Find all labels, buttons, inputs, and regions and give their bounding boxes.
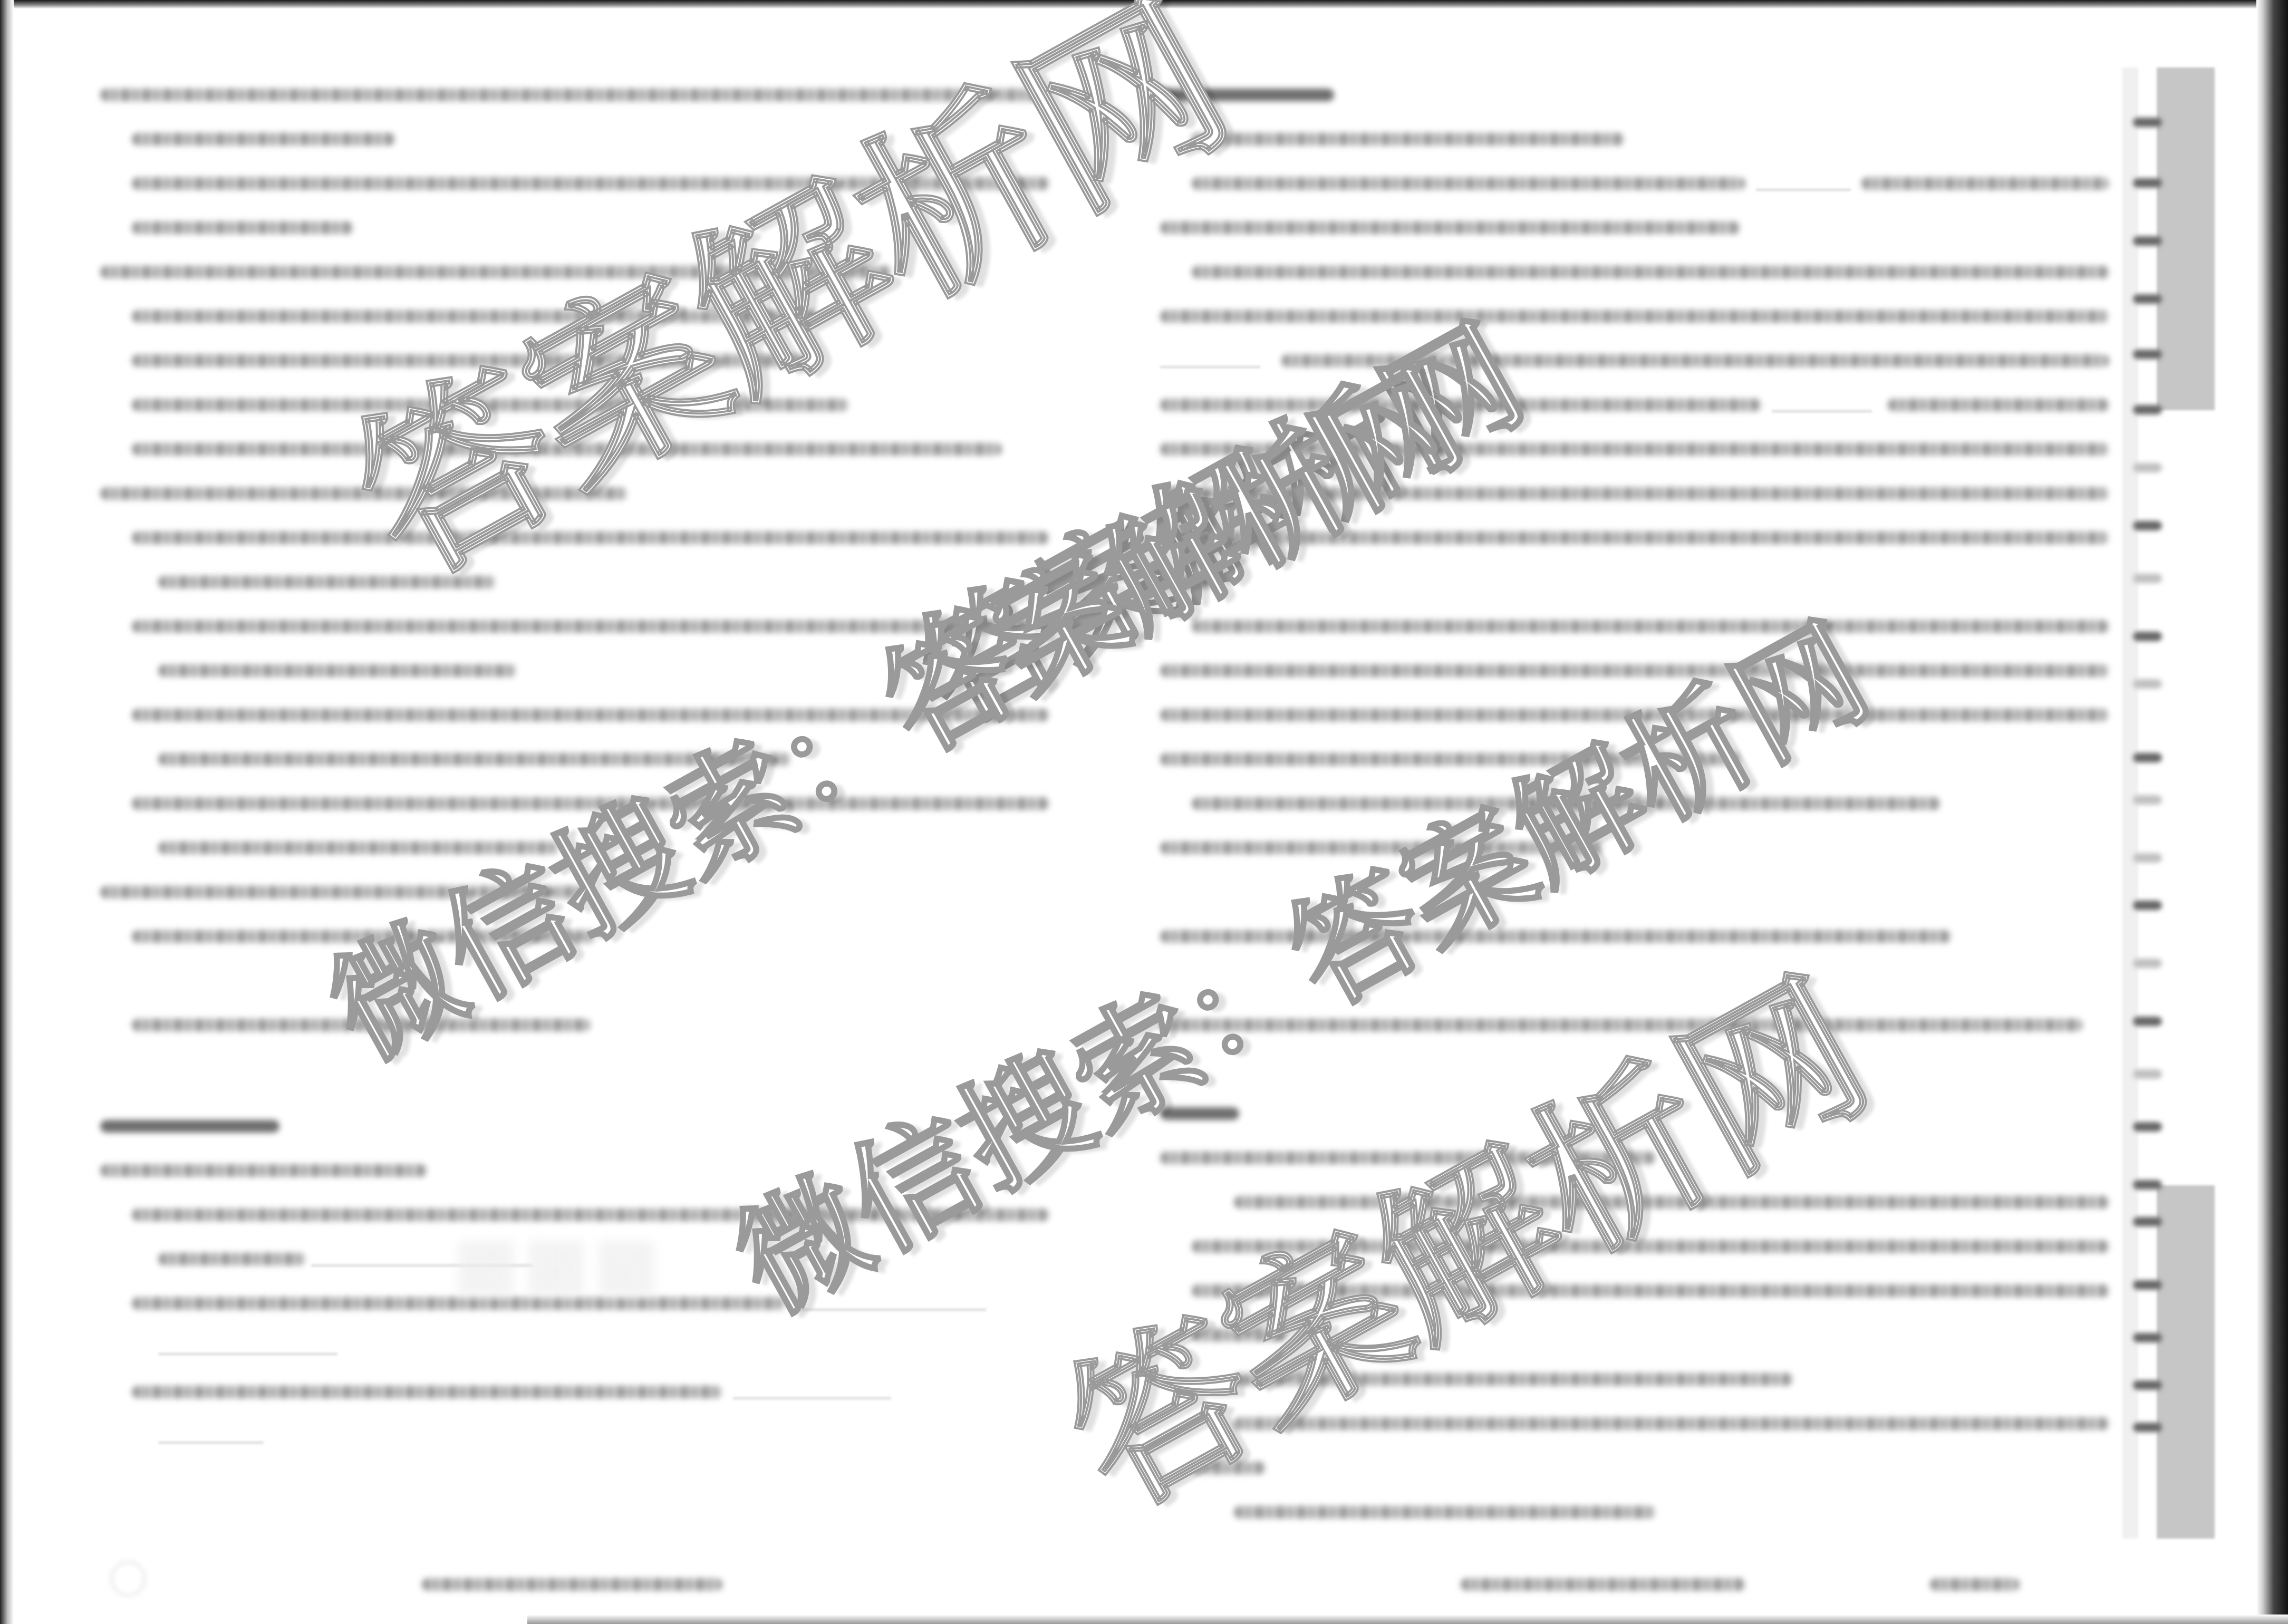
text-line bbox=[1160, 797, 2109, 810]
text-line bbox=[100, 797, 1065, 810]
text-line bbox=[1160, 842, 2109, 854]
text-line bbox=[1160, 221, 2109, 234]
text-line bbox=[100, 1019, 1065, 1031]
text-line bbox=[100, 221, 1065, 234]
fill-in-line bbox=[100, 1341, 1065, 1354]
text-line bbox=[100, 443, 1065, 456]
text-line bbox=[100, 487, 1065, 500]
spacer bbox=[1160, 974, 2109, 987]
scan-left-edge bbox=[0, 0, 14, 1624]
text-line bbox=[1160, 1417, 2109, 1430]
text-line bbox=[1160, 1329, 2109, 1341]
fill-in-line bbox=[1160, 354, 2109, 367]
binding-band-bottom bbox=[2157, 1185, 2215, 1539]
scan-top-edge bbox=[0, 0, 2288, 8]
right-column bbox=[1160, 89, 2109, 1550]
spacer bbox=[1160, 1063, 2109, 1076]
text-line bbox=[1160, 664, 2109, 677]
text-line bbox=[1160, 1019, 2109, 1031]
text-line bbox=[1160, 487, 2109, 500]
text-line bbox=[100, 133, 1065, 146]
footer-left-caption bbox=[422, 1578, 738, 1594]
text-line bbox=[100, 886, 1065, 898]
text-line bbox=[100, 709, 1065, 721]
text-line bbox=[1160, 1506, 2109, 1519]
text-line bbox=[1160, 1152, 2109, 1164]
text-line bbox=[1160, 1240, 2109, 1253]
spacer bbox=[100, 974, 1065, 987]
footer-right-caption bbox=[1461, 1578, 1777, 1594]
ghost-logo: ▦▦▦ bbox=[453, 1222, 663, 1302]
text-line bbox=[1160, 753, 2109, 766]
spacer bbox=[1160, 886, 2109, 898]
text-line bbox=[1160, 266, 2109, 278]
text-line bbox=[1160, 1196, 2109, 1209]
text-line bbox=[1160, 930, 2109, 943]
fill-in-line bbox=[1160, 399, 2109, 411]
scan-right-edge bbox=[2256, 0, 2288, 1624]
text-line bbox=[100, 842, 1065, 854]
text-line bbox=[1160, 620, 2109, 633]
binding-band-top bbox=[2157, 67, 2215, 410]
text-line bbox=[1160, 443, 2109, 456]
section-heading bbox=[1160, 1107, 2109, 1120]
footer-right-code bbox=[1930, 1578, 2035, 1594]
text-line bbox=[100, 177, 1065, 190]
text-line bbox=[1160, 531, 2109, 544]
text-line bbox=[100, 753, 1065, 766]
section-heading bbox=[1160, 89, 2109, 101]
text-line bbox=[100, 399, 1065, 411]
text-line bbox=[100, 266, 1065, 278]
page-number-badge bbox=[111, 1561, 146, 1596]
text-line bbox=[1160, 1284, 2109, 1297]
text-line bbox=[1160, 133, 2109, 146]
fill-in-line bbox=[100, 1430, 1065, 1443]
text-line bbox=[100, 664, 1065, 677]
scan-bottom-edge bbox=[527, 1615, 2288, 1624]
text-line bbox=[1160, 1462, 2109, 1474]
text-line bbox=[100, 620, 1065, 633]
spacer bbox=[100, 1063, 1065, 1076]
section-heading bbox=[100, 1120, 1065, 1133]
text-line bbox=[1160, 310, 2109, 323]
text-line bbox=[100, 1209, 1065, 1221]
binding-margin bbox=[2122, 67, 2180, 1539]
text-line bbox=[100, 1164, 1065, 1177]
fill-in-line bbox=[100, 1386, 1065, 1398]
text-line bbox=[1160, 576, 2109, 588]
text-line bbox=[1160, 1373, 2109, 1386]
text-line bbox=[100, 930, 1065, 943]
text-line bbox=[1160, 709, 2109, 721]
text-line bbox=[100, 89, 1065, 101]
text-line bbox=[100, 310, 1065, 323]
text-line bbox=[100, 576, 1065, 588]
text-line bbox=[100, 354, 1065, 367]
exam-page: ▦▦▦ bbox=[16, 9, 2257, 1615]
text-line bbox=[100, 531, 1065, 544]
fill-in-line bbox=[1160, 177, 2109, 190]
